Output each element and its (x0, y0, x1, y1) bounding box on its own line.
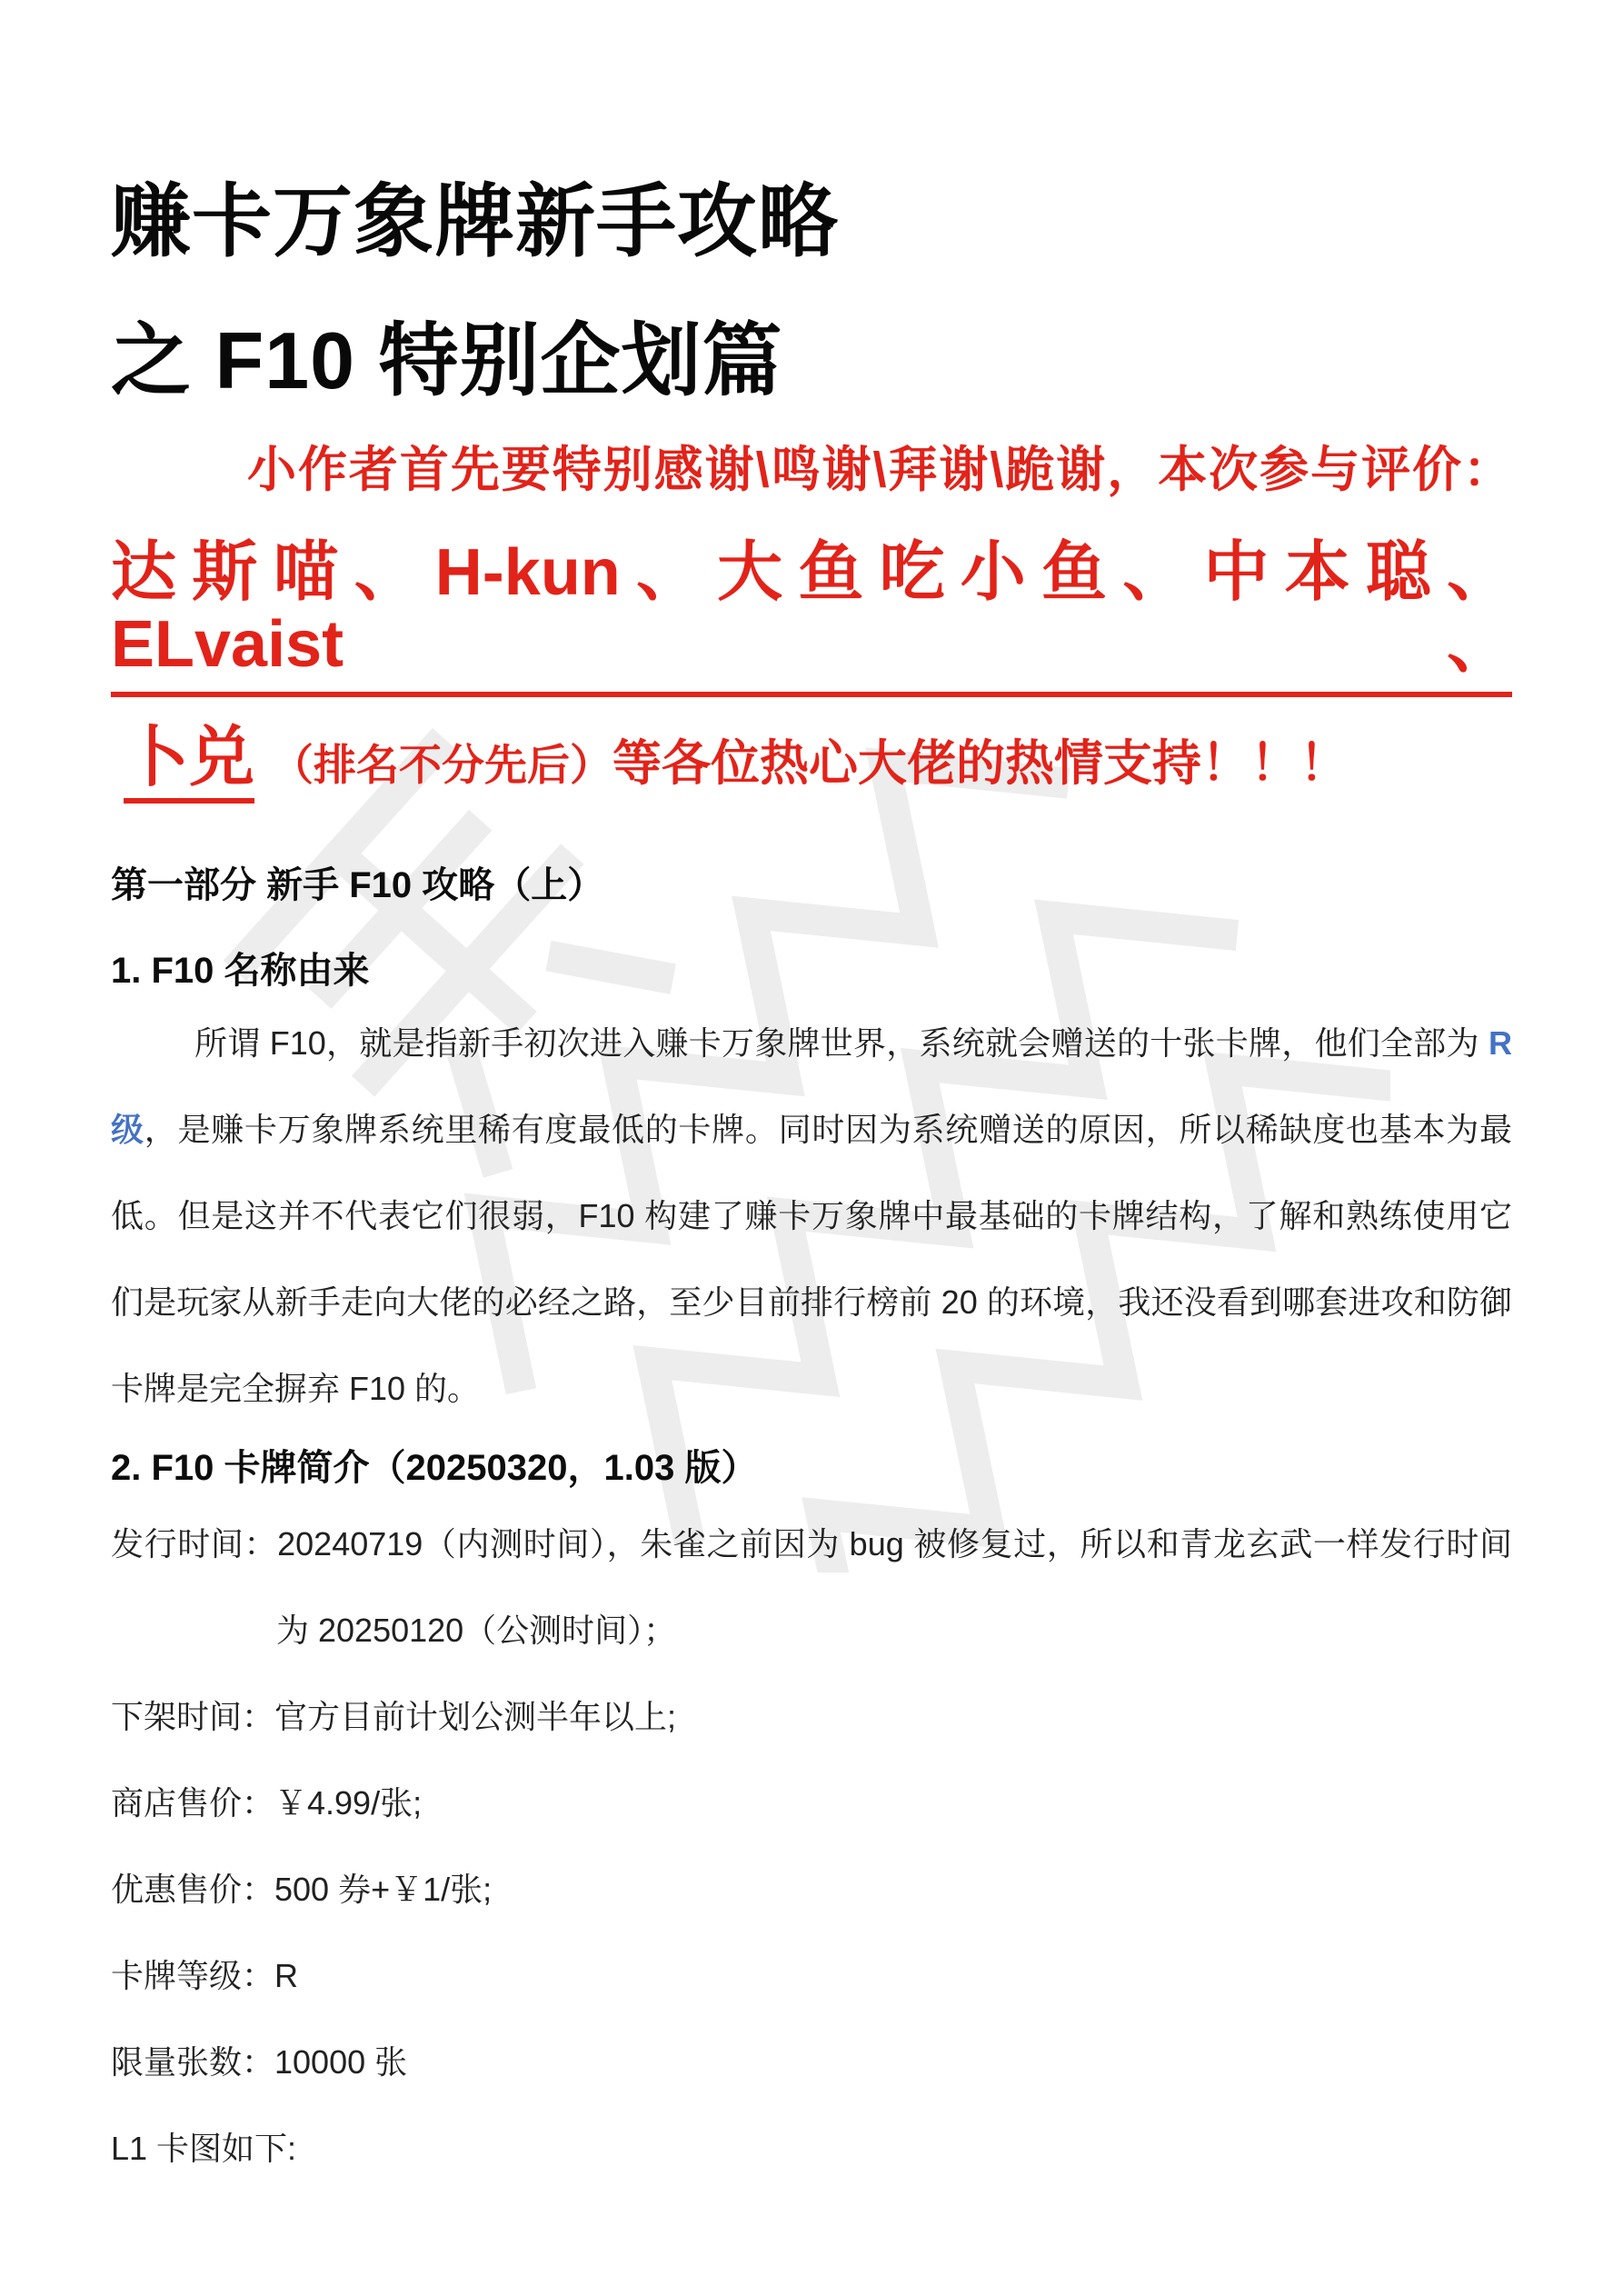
document-content: 赚卡万象牌新手攻略 之 F10 特别企划篇 小作者首先要特别感谢\鸣谢\拜谢\跪… (0, 0, 1623, 2191)
card-info-label: 优惠售价： (111, 1871, 274, 1908)
section2-heading: 2. F10 卡牌简介（20250320，1.03 版） (111, 1446, 1512, 1490)
card-info-value: 10000 张 (274, 2043, 407, 2081)
body-paragraph: 所谓 F10，就是指新手初次进入赚卡万象牌世界，系统就会赠送的十张卡牌，他们全部… (111, 1000, 1512, 1432)
document-page: 赚卡万象牌新手攻略 之 F10 特别企划篇 小作者首先要特别感谢\鸣谢\拜谢\跪… (0, 0, 1623, 2296)
card-info-value: L1 卡图如下: (111, 2130, 296, 2167)
acknowledgement-closing: 等各位热心大佬的热情支持！！！ (612, 736, 1349, 791)
card-info-label: 商店售价： (111, 1784, 274, 1822)
ranking-note: （排名不分先后） (271, 741, 612, 789)
doc-title-line2: 之 F10 特别企划篇 (111, 317, 1512, 405)
card-info-label: 发行时间： (111, 1525, 277, 1562)
card-info-line-release: 发行时间：20240719（内测时间），朱雀之前因为 bug 被修复过，所以和青… (111, 1501, 1512, 1673)
underlined-name: 卜兑 (124, 722, 254, 804)
card-info-line-limit: 限量张数：10000 张 (111, 2019, 1512, 2105)
card-info-label: 卡牌等级： (111, 1957, 274, 1994)
card-info-line-discount-price: 优惠售价：500 券+￥1/张; (111, 1846, 1512, 1932)
card-info-value: 官方目前计划公测半年以上; (274, 1698, 676, 1735)
card-info-label: 下架时间： (111, 1698, 274, 1735)
acknowledgement-names-line2: 卜兑（排名不分先后）等各位热心大佬的热情支持！！！ (111, 721, 1512, 796)
card-info-value: 20240719（内测时间），朱雀之前因为 bug 被修复过，所以和青龙玄武一样… (276, 1525, 1512, 1649)
card-image-caption: L1 卡图如下: (111, 2105, 1512, 2191)
doc-title-line1: 赚卡万象牌新手攻略 (111, 178, 1512, 266)
card-info-value: ￥4.99/张; (274, 1784, 422, 1822)
acknowledgement-intro: 小作者首先要特别感谢\鸣谢\拜谢\跪谢，本次参与评价： (111, 440, 1512, 502)
acknowledgement-names-line: 达斯喵、H-kun、大鱼吃小鱼、中本聪、ELvaist、 (111, 537, 1512, 697)
paragraph-text-1: 所谓 F10，就是指新手初次进入赚卡万象牌世界，系统就会赠送的十张卡牌，他们全部… (194, 1024, 1489, 1062)
card-info-block: 发行时间：20240719（内测时间），朱雀之前因为 bug 被修复过，所以和青… (111, 1501, 1512, 2191)
card-info-line-removal: 下架时间：官方目前计划公测半年以上; (111, 1673, 1512, 1760)
paragraph-text-2: ，是赚卡万象牌系统里稀有度最低的卡牌。同时因为系统赠送的原因，所以稀缺度也基本为… (111, 1111, 1512, 1407)
card-info-line-shop-price: 商店售价：￥4.99/张; (111, 1760, 1512, 1846)
part1-heading: 第一部分 新手 F10 攻略（上） (111, 863, 1512, 907)
card-info-value: R (274, 1957, 298, 1994)
card-info-label: 限量张数： (111, 2043, 274, 2081)
card-info-value: 500 券+￥1/张; (274, 1871, 492, 1908)
section1-heading: 1. F10 名称由来 (111, 949, 1512, 993)
card-info-line-grade: 卡牌等级：R (111, 1932, 1512, 2019)
